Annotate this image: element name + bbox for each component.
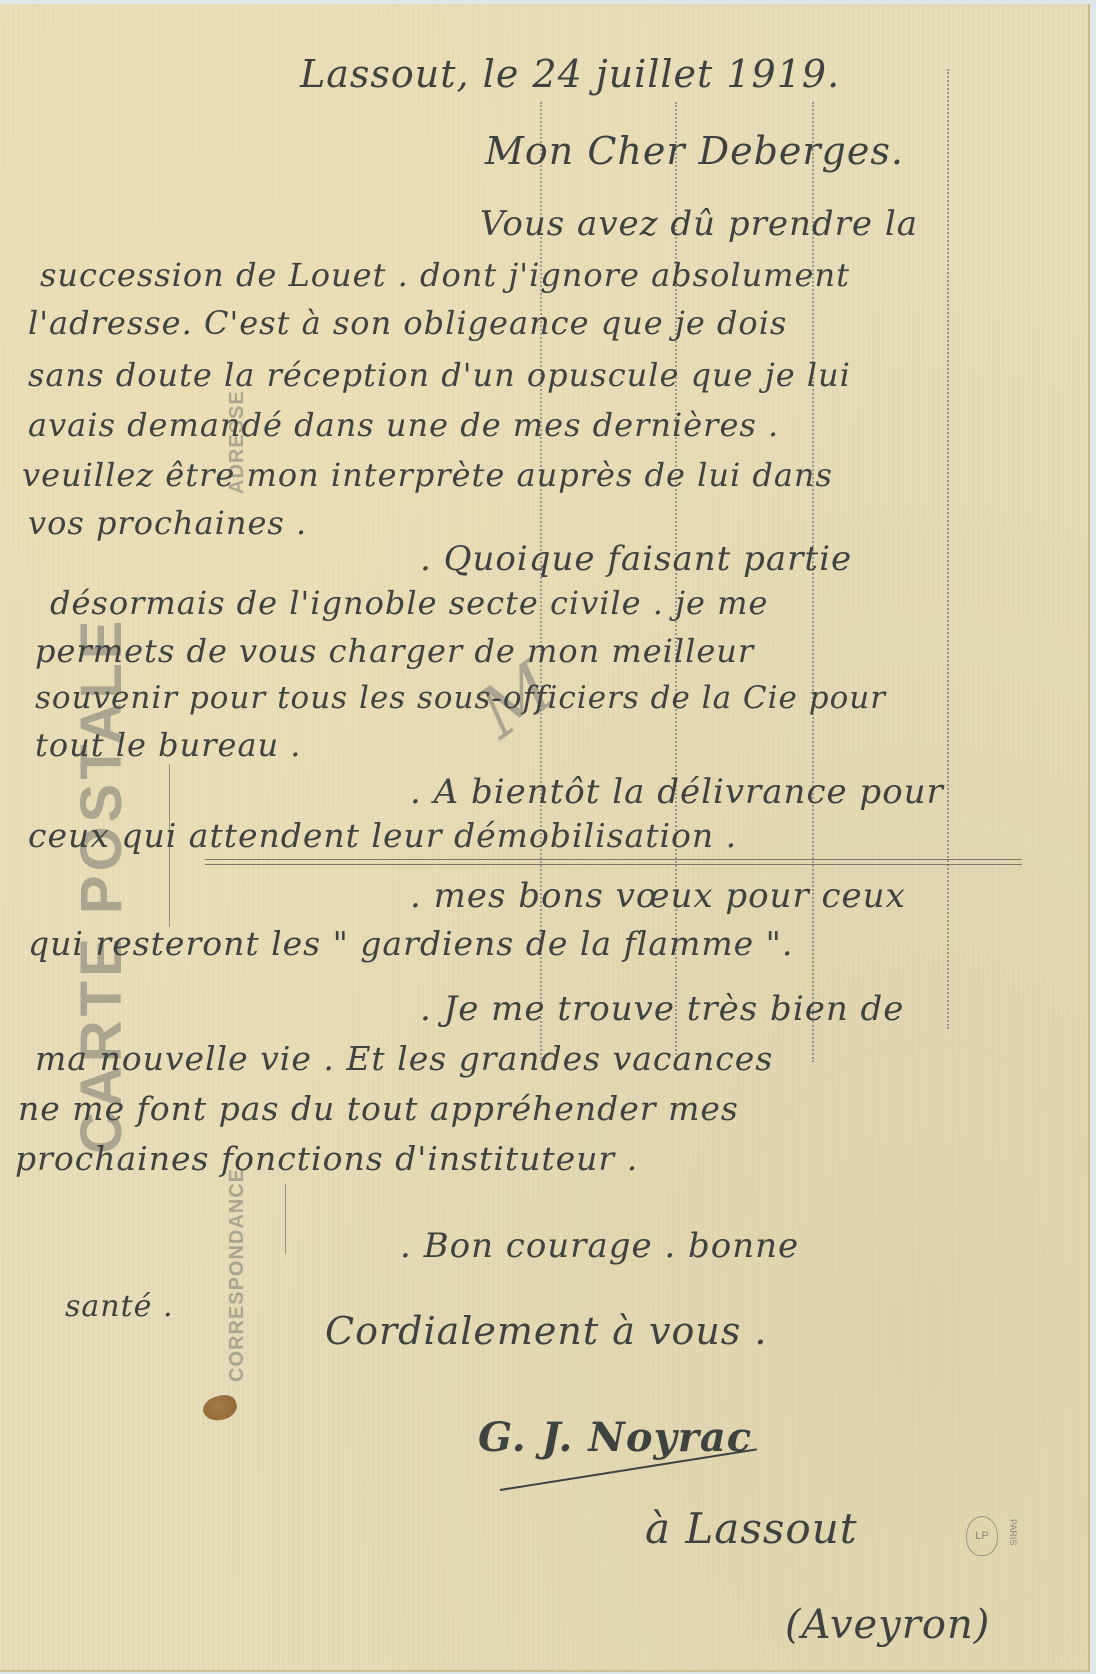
publisher-logo: LP: [966, 1516, 998, 1556]
letter-line: succession de Louet . dont j'ignore abso…: [40, 256, 850, 294]
letter-line: tout le bureau .: [35, 726, 301, 764]
divider-double-rule: [205, 859, 1022, 865]
address-dotted-line-1: [540, 102, 542, 1062]
letter-line: avais demandé dans une de mes dernières …: [28, 406, 779, 444]
letter-line: . Je me trouve très bien de: [420, 989, 904, 1029]
salutation: Mon Cher Deberges.: [485, 129, 904, 173]
address-dotted-line-3: [812, 102, 814, 1062]
correspondance-label: CORRESPONDANCE: [226, 1168, 249, 1382]
letter-line: souvenir pour tous les sous-officiers de…: [35, 680, 886, 716]
letter-line: Vous avez dû prendre la: [480, 204, 918, 244]
letter-line: ne me font pas du tout appréhender mes: [18, 1089, 739, 1128]
letter-line: prochaines fonctions d'instituteur .: [15, 1139, 638, 1178]
address-dotted-line-2: [675, 102, 677, 1062]
letter-line: ceux qui attendent leur démobilisation .: [28, 816, 737, 855]
publisher-logo-text: LP: [975, 1530, 988, 1542]
letter-line: santé .: [65, 1289, 173, 1324]
letter-line: ma nouvelle vie . Et les grandes vacance…: [35, 1039, 773, 1078]
divider-vertical-lower: [285, 1184, 286, 1254]
letter-line: . A bientôt la délivrance pour: [410, 772, 944, 812]
letter-line: . Bon courage . bonne: [400, 1226, 799, 1266]
letter-line: vos prochaines .: [28, 504, 307, 542]
ink-stain: [200, 1392, 239, 1424]
signature: G. J. Noyrac: [478, 1414, 752, 1461]
publisher-side-text: PARIS: [1008, 1519, 1018, 1545]
letter-line: sans doute la réception d'un opuscule qu…: [28, 356, 851, 394]
letter-line: qui resteront les " gardiens de la flamm…: [28, 924, 793, 963]
letter-line: . mes bons vœux pour ceux: [410, 876, 906, 916]
closing: Cordialement à vous .: [325, 1309, 767, 1353]
letter-line: . Quoique faisant partie: [420, 539, 852, 579]
sender-region: (Aveyron): [785, 1602, 990, 1648]
dateline: Lassout, le 24 juillet 1919.: [300, 52, 840, 96]
letter-line: désormais de l'ignoble secte civile . je…: [50, 584, 768, 622]
postcard-back: CARTE POSTALE ADRESSE CORRESPONDANCE M L…: [0, 4, 1090, 1672]
letter-line: veuillez être mon interprète auprès de l…: [22, 456, 833, 494]
sender-location: à Lassout: [645, 1504, 858, 1553]
address-dotted-line-4: [947, 69, 949, 1029]
letter-line: permets de vous charger de mon meilleur: [35, 632, 754, 670]
letter-line: l'adresse. C'est à son obligeance que je…: [28, 304, 787, 342]
